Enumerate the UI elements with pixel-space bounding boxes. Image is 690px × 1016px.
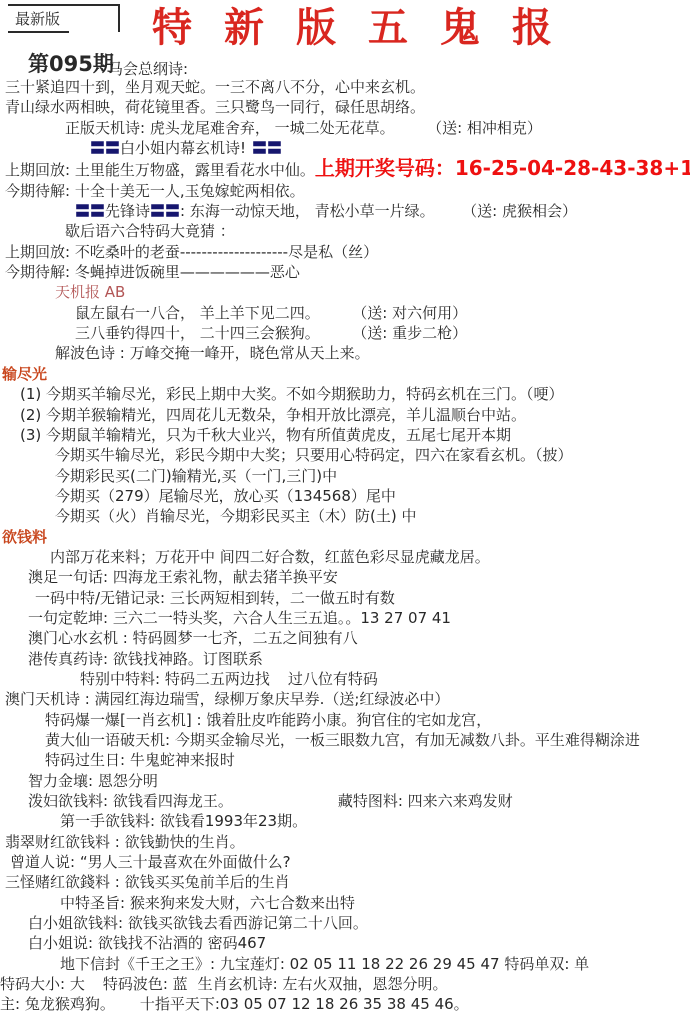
text-line: 一句定乾坤: 三六二一特头奖，六合人生三五追。。13 27 07 41 — [0, 608, 690, 628]
text-segment: 白小姐欲钱料: 欲钱买欲钱去看西游记第二十八回。 — [28, 914, 368, 932]
text-segment: 三十紧追四十到，坐月观天蛇。一三不离八不分，心中来玄机。 — [5, 78, 425, 96]
text-line: 天机报 AB — [0, 282, 690, 302]
text-segment: 特码过生日: 牛鬼蛇神来报时 — [45, 751, 235, 769]
text-line: 今期买（279）尾输尽光，放心买（134568）尾中 — [0, 486, 690, 506]
text-segment: 今期买（279）尾输尽光，放心买（134568）尾中 — [55, 487, 396, 505]
text-segment: 港传真药诗: 欲钱找神路。订图联系 — [28, 650, 263, 668]
text-segment: 特码大小: 大 — [0, 975, 85, 993]
text-segment: （送: 对六何用） — [360, 304, 467, 322]
text-segment: 黄大仙一语破天机: 今期买金输尽光，一板三眼数九宫，有加无减数八卦。平生难得糊涂… — [45, 731, 640, 749]
text-line: 输尽光 — [0, 364, 690, 384]
text-segment: 〓〓 — [252, 139, 282, 157]
text-line: 上期回放: 不吃桑叶的老蚕--------------------尽是私（丝） — [0, 242, 690, 262]
text-segment: (1) 今期买羊输尽光，彩民上期中大奖。不如今期猴助力，特码玄机在三门。（哽） — [20, 385, 564, 403]
text-segment: 曾道人说: “男人三十最喜欢在外面做什么? — [10, 853, 291, 871]
text-segment: 白小姐说: 欲钱找不沾酒的 密码467 — [28, 934, 266, 952]
text-segment: 生肖玄机诗: 左右火双抽，恩怨分明。 — [198, 975, 448, 993]
text-segment: 鼠左鼠右一八合， 羊上羊下见二四。 — [75, 304, 320, 322]
text-segment: 内部万花来料；万花开中 间四二好合数，红蓝色彩尽显虎藏龙居。 — [50, 548, 490, 566]
text-segment: 今期待解: 十全十美无一人,玉兔嫁蛇两相依。 — [5, 182, 305, 200]
text-line: 黄大仙一语破天机: 今期买金输尽光，一板三眼数九宫，有加无减数八卦。平生难得糊涂… — [0, 730, 690, 750]
text-segment: （送: 重步二枪） — [360, 324, 467, 342]
text-segment: 地下信封《千王之王》: 九宝莲灯: 02 05 11 18 22 26 29 4… — [60, 955, 589, 973]
text-line: 白小姐说: 欲钱找不沾酒的 密码467 — [0, 933, 690, 953]
text-segment: 〓〓 — [150, 202, 180, 220]
text-segment: 今期待解: 冬蝇掉进饭碗里——————恶心 — [5, 263, 300, 281]
text-line: 〓〓白小姐内幕玄机诗!〓〓 — [0, 138, 690, 158]
content-lines: 三十紧追四十到，坐月观天蛇。一三不离八不分，心中来玄机。青山绿水两相映，荷花镜里… — [0, 77, 690, 1015]
text-line: 一码中特/无错记录: 三长两短相到转，二一做五时有数 — [0, 588, 690, 608]
text-line: 今期待解: 十全十美无一人,玉兔嫁蛇两相依。 — [0, 181, 690, 201]
text-segment: 澳足一句话: 四海龙王索礼物，献去猪羊换平安 — [28, 568, 338, 586]
text-segment: 过八位有特码 — [288, 670, 378, 688]
issue-number: 第095期 — [28, 48, 114, 78]
text-line: 白小姐欲钱料: 欲钱买欲钱去看西游记第二十八回。 — [0, 913, 690, 933]
text-segment: 上期回放: 土里能生万物盛，露里看花水中仙。 — [5, 161, 315, 179]
text-segment: 十指平天下:03 05 07 12 18 26 35 38 45 46。 — [140, 995, 469, 1013]
text-segment: 今期彩民买(二门)输精光,买（一门,三门)中 — [55, 467, 337, 485]
text-line: 特码过生日: 牛鬼蛇神来报时 — [0, 750, 690, 770]
text-line: 特码爆一爆[一肖玄机] : 饿着肚皮咋能跨小康。狗官住的宅如龙宫， — [0, 710, 690, 730]
text-line: 今期彩民买(二门)输精光,买（一门,三门)中 — [0, 466, 690, 486]
section-header-tianjibao: 天机报 AB — [55, 283, 125, 301]
text-segment: 歇后语六合特码大竟猜 ： — [65, 222, 235, 240]
page-title: 特新版五鬼报 — [152, 6, 584, 50]
text-segment: 第一手欲钱料: 欲钱看1993年23期。 — [60, 812, 307, 830]
text-line: 今期待解: 冬蝇掉进饭碗里——————恶心 — [0, 262, 690, 282]
text-line: 翡翠财红欲钱料 : 欲钱勤快的生肖。 — [0, 832, 690, 852]
text-segment: 上期回放: 不吃桑叶的老蚕--------------------尽是私（丝） — [5, 243, 378, 261]
text-segment: 主: 兔龙猴鸡狗。 — [0, 995, 115, 1013]
text-segment: 中特圣旨: 猴来狗来发大财，六七合数来出特 — [60, 894, 355, 912]
text-line: 特别中特料: 特码二五两边找过八位有特码 — [0, 669, 690, 689]
text-line: 今期买牛输尽光，彩民今期中大奖；只要用心特码定，四六在家看玄机。（披） — [0, 445, 690, 465]
text-line: 澳门心水玄机 : 特码圆梦一七齐，二五之间独有八 — [0, 628, 690, 648]
text-segment: 特码爆一爆[一肖玄机] : 饿着肚皮咋能跨小康。狗官住的宅如龙宫， — [45, 711, 491, 729]
edition-badge-label: 最新版 — [8, 6, 69, 33]
text-line: 澳门天机诗 : 满园红海边瑞雪，绿柳万象庆早券.（送;红绿波必中） — [0, 689, 690, 709]
text-line: 歇后语六合特码大竟猜 ： — [0, 221, 690, 241]
text-segment: 青山绿水两相映，荷花镜里香。三只鹭鸟一同行，碌任思胡络。 — [5, 98, 425, 116]
text-line: 智力金壤: 恩怨分明 — [0, 771, 690, 791]
text-segment: 解波色诗 : 万峰交掩一峰开，晓色常从天上来。 — [55, 344, 370, 362]
text-segment: 澳门心水玄机 : 特码圆梦一七齐，二五之间独有八 — [28, 629, 358, 647]
text-segment: : 东海一动惊天地， 青松小草一片绿。 — [180, 202, 435, 220]
section-header-shujinguang: 输尽光 — [2, 365, 47, 383]
text-line: 三八垂钓得四十， 二十四三会猴狗。（送: 重步二枪） — [0, 323, 690, 343]
text-segment: 特码波色: 蓝 — [103, 975, 188, 993]
text-segment: 〓〓 — [75, 202, 105, 220]
text-segment: (3) 今期鼠羊输精光，只为千秋大业兴，物有所值黄虎皮，五尾七尾开本期 — [20, 426, 511, 444]
last-draw-numbers: 上期开奖号码：16-25-04-28-43-38+17 — [315, 156, 690, 180]
text-line: 欲钱料 — [0, 527, 690, 547]
text-line: (3) 今期鼠羊输精光，只为千秋大业兴，物有所值黄虎皮，五尾七尾开本期 — [0, 425, 690, 445]
edition-badge: 最新版 — [8, 4, 120, 32]
text-line: 泼妇欲钱料: 欲钱看四海龙王。藏特图料: 四来六来鸡发财 — [0, 791, 690, 811]
text-line: 特码大小: 大特码波色: 蓝生肖玄机诗: 左右火双抽，恩怨分明。 — [0, 974, 690, 994]
intro-label: 马会总纲诗: — [108, 58, 188, 79]
text-segment: 白小姐内幕玄机诗! — [120, 139, 246, 157]
page: 最新版 特新版五鬼报 第095期 马会总纲诗: 三十紧追四十到，坐月观天蛇。一三… — [0, 0, 690, 1016]
text-segment: 今期买（火）肖输尽光，今期彩民买主（木）防(土) 中 — [55, 507, 416, 525]
text-line: 港传真药诗: 欲钱找神路。订图联系 — [0, 649, 690, 669]
text-segment: 特别中特料: 特码二五两边找 — [80, 670, 270, 688]
text-segment: 先锋诗 — [105, 202, 150, 220]
section-header-yuqianliao: 欲钱料 — [2, 528, 47, 546]
text-line: 地下信封《千王之王》: 九宝莲灯: 02 05 11 18 22 26 29 4… — [0, 954, 690, 974]
text-segment: 一句定乾坤: 三六二一特头奖，六合人生三五追。。13 27 07 41 — [28, 609, 451, 627]
text-line: 中特圣旨: 猴来狗来发大财，六七合数来出特 — [0, 893, 690, 913]
text-segment: 今期买牛输尽光，彩民今期中大奖；只要用心特码定，四六在家看玄机。（披） — [55, 446, 573, 464]
text-line: 内部万花来料；万花开中 间四二好合数，红蓝色彩尽显虎藏龙居。 — [0, 547, 690, 567]
text-segment: 翡翠财红欲钱料 : 欲钱勤快的生肖。 — [5, 833, 245, 851]
text-segment: 〓〓 — [90, 139, 120, 157]
text-line: 澳足一句话: 四海龙王索礼物，献去猪羊换平安 — [0, 567, 690, 587]
text-segment: 澳门天机诗 : 满园红海边瑞雪，绿柳万象庆早券.（送;红绿波必中） — [5, 690, 449, 708]
text-segment: （送: 相冲相克） — [435, 119, 542, 137]
text-line: 解波色诗 : 万峰交掩一峰开，晓色常从天上来。 — [0, 343, 690, 363]
text-segment: （送: 虎猴相会） — [470, 202, 577, 220]
text-line: 青山绿水两相映，荷花镜里香。三只鹭鸟一同行，碌任思胡络。 — [0, 97, 690, 117]
text-line: 三怪赌红欲錢料 : 欲钱买买兔前羊后的生肖 — [0, 872, 690, 892]
text-line: 上期回放: 土里能生万物盛，露里看花水中仙。上期开奖号码：16-25-04-28… — [0, 158, 690, 180]
text-segment: 三八垂钓得四十， 二十四三会猴狗。 — [75, 324, 320, 342]
text-line: 三十紧追四十到，坐月观天蛇。一三不离八不分，心中来玄机。 — [0, 77, 690, 97]
text-line: (2) 今期羊猴输精光，四周花儿无数朵，争相开放比漂亮，羊儿温顺台中站。 — [0, 405, 690, 425]
text-segment: 正版天机诗: 虎头龙尾难舍弃， 一城二处无花草。 — [65, 119, 395, 137]
text-line: 曾道人说: “男人三十最喜欢在外面做什么? — [0, 852, 690, 872]
text-line: 〓〓先锋诗〓〓: 东海一动惊天地， 青松小草一片绿。（送: 虎猴相会） — [0, 201, 690, 221]
text-line: 主: 兔龙猴鸡狗。十指平天下:03 05 07 12 18 26 35 38 4… — [0, 994, 690, 1014]
text-line: 鼠左鼠右一八合， 羊上羊下见二四。（送: 对六何用） — [0, 303, 690, 323]
text-segment: (2) 今期羊猴输精光，四周花儿无数朵，争相开放比漂亮，羊儿温顺台中站。 — [20, 406, 526, 424]
text-line: 今期买（火）肖输尽光，今期彩民买主（木）防(土) 中 — [0, 506, 690, 526]
text-line: 第一手欲钱料: 欲钱看1993年23期。 — [0, 811, 690, 831]
text-segment: 藏特图料: 四来六来鸡发财 — [338, 792, 513, 810]
text-segment: 三怪赌红欲錢料 : 欲钱买买兔前羊后的生肖 — [5, 873, 290, 891]
text-segment: 一码中特/无错记录: 三长两短相到转，二一做五时有数 — [35, 589, 395, 607]
text-segment: 智力金壤: 恩怨分明 — [28, 772, 158, 790]
text-line: 正版天机诗: 虎头龙尾难舍弃， 一城二处无花草。（送: 相冲相克） — [0, 118, 690, 138]
text-line: (1) 今期买羊输尽光，彩民上期中大奖。不如今期猴助力，特码玄机在三门。（哽） — [0, 384, 690, 404]
text-segment: 泼妇欲钱料: 欲钱看四海龙王。 — [28, 792, 233, 810]
